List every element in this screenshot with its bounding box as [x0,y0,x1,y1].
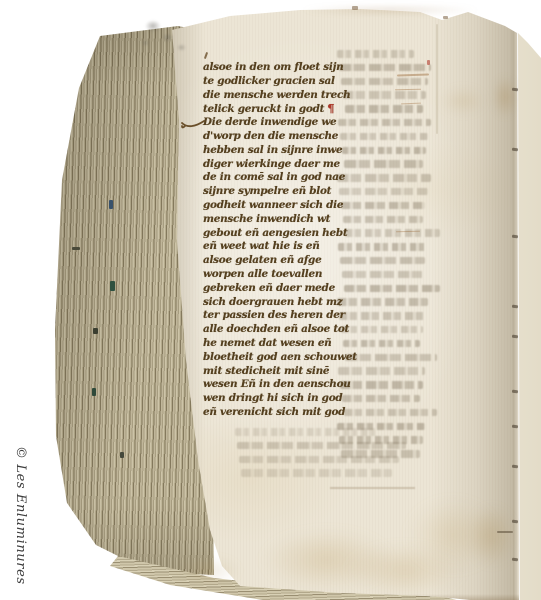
manuscript-line-text: he nemet dat wesen eñ [203,337,332,349]
manuscript-line-text: eñ weet wat hie is eñ [203,240,320,252]
manuscript-line-text: de in comē sal in god nae [203,171,345,183]
manuscript-line-text: gebreken eñ daer mede [203,282,335,294]
edge-mark [436,24,438,134]
ink-speck [93,328,98,334]
manuscript-line: gebreken eñ daer mede [203,282,345,296]
manuscript-line: de in comē sal in god nae [203,171,345,185]
manuscript-line: eñ verenicht sich mit god [203,406,345,420]
manuscript-line-text: te godlicker gracien sal [203,75,335,87]
manuscript-line-text: alsoe gelaten eñ afge [203,254,321,266]
manuscript-line-text: hebben sal in sijnre inwe [203,144,342,156]
manuscript-line: wen dringt hi sich in god [203,392,345,406]
manuscript-line: worpen alle toevallen [203,268,345,282]
stitch-mark [512,148,518,152]
manuscript-line-text: godheit wanneer sich die [203,199,343,211]
ghost-text-line [342,271,423,279]
manuscript-line: ter passien des heren der [203,309,345,323]
ghost-text-line [338,119,431,127]
ghost-text-line [344,409,437,417]
manuscript-line: alle doechden eñ alsoe tot [203,323,345,337]
stitch-mark [512,235,518,239]
ghost-text-line [345,354,437,362]
ghost-text-line [338,367,425,375]
edge-mark [427,60,430,65]
initial-flourish [181,119,205,129]
ghost-text-line [239,456,399,464]
manuscript-photo: alsoe in den om floet sijnte godlicker g… [0,0,541,600]
ghost-text-line [343,91,426,99]
stitch-mark [512,88,518,92]
manuscript-line-text: telick geruckt in godt [203,103,324,115]
manuscript-line: telick geruckt in godt¶ [203,102,345,116]
stain [142,40,149,46]
manuscript-line: he nemet dat wesen eñ [203,337,345,351]
ghost-text-line [345,105,423,113]
stitch-mark [512,425,518,429]
manuscript-line: te godlicker gracien sal [203,75,345,89]
edge-mark [92,388,96,396]
manuscript-line-text: wen dringt hi sich in god [203,392,342,404]
manuscript-line-text: die mensche werden trech [203,89,350,101]
ink-speck [110,281,115,291]
manuscript-line: die mensche werden trech [203,89,345,103]
ghost-text-line [343,340,420,348]
ghost-text-line [337,174,431,182]
manuscript-line: Die derde inwendige we [203,116,345,130]
edge-mark [109,200,113,209]
ghost-text-bottom [235,428,411,483]
manuscript-line-text: d'worp den die mensche [203,130,338,142]
stain [145,20,161,32]
ghost-text-line [337,298,428,306]
ink-speck [352,6,358,10]
ghost-text-line [345,229,440,237]
manuscript-line: mensche inwendich wt [203,213,345,227]
ghost-text-line [338,243,428,251]
manuscript-line-text: wesen Eñ in den aenschou [203,378,351,390]
stain [177,44,186,51]
stitch-mark [512,305,518,309]
manuscript-line-text: ter passien des heren der [203,309,345,321]
text-column: alsoe in den om floet sijnte godlicker g… [203,61,345,420]
stitch-mark [512,335,518,339]
ghost-text-line [237,442,406,450]
stitch-mark [512,558,518,562]
edge-mark [120,452,124,458]
manuscript-line: alsoe gelaten eñ afge [203,254,345,268]
ghost-text-line [337,50,414,58]
ghost-ruling-line [330,487,415,489]
manuscript-line-text: sijnre sympelre eñ blot [203,185,331,197]
manuscript-line-text: mensche inwendich wt [203,213,330,225]
ghost-text-line [340,257,425,265]
manuscript-line-text: mit stedicheit mit sinē [203,365,329,377]
stain [440,88,486,114]
manuscript-line: hebben sal in sijnre inwe [203,144,345,158]
ink-speck [497,531,513,533]
manuscript-line: bloetheit god aen schouwet [203,351,345,365]
manuscript-line: gebout eñ aengesien hebt [203,227,345,241]
ink-speck [72,247,80,250]
manuscript-line-text: worpen alle toevallen [203,268,322,280]
ghost-text-line [340,381,423,389]
rubric-paragraph-mark: ¶ [327,101,334,115]
stain [300,5,480,15]
ghost-text-line [339,312,425,320]
manuscript-line: mit stedicheit mit sinē [203,365,345,379]
manuscript-line-text: sich doergrauen hebt mz [203,296,342,308]
manuscript-line-text: diger wierkinge daer me [203,158,340,170]
ghost-text-line [340,133,428,141]
ghost-text-column [337,50,433,464]
ghost-text-line [339,188,428,196]
stitch-mark [512,520,518,524]
manuscript-line-text: alle doechden eñ alsoe tot [203,323,349,335]
ghost-text-line [235,428,376,436]
manuscript-line: eñ weet wat hie is eñ [203,240,345,254]
stitch-mark [512,390,518,394]
ghost-text-line [342,147,426,155]
manuscript-line: alsoe in den om floet sijn [203,61,345,75]
stain [180,558,240,583]
stain [162,33,173,42]
copyright-watermark: © Les Enluminures [13,446,28,600]
manuscript-line-text: Die derde inwendige we [203,116,336,128]
manuscript-line-text: eñ verenicht sich mit god [203,406,345,418]
manuscript-line-text: gebout eñ aengesien hebt [203,227,347,239]
ghost-text-line [344,285,440,293]
ghost-text-line [241,469,392,477]
manuscript-line: diger wierkinge daer me [203,158,345,172]
ghost-text-line [343,216,423,224]
ghost-text-line [344,160,423,168]
manuscript-line: d'worp den die mensche [203,130,345,144]
ghost-text-line [341,326,423,334]
manuscript-line: sich doergrauen hebt mz [203,296,345,310]
stitch-mark [512,465,518,469]
manuscript-line-text: alsoe in den om floet sijn [203,61,343,73]
stain [468,505,516,567]
manuscript-line: sijnre sympelre eñ blot [203,185,345,199]
manuscript-line: wesen Eñ in den aenschou [203,378,345,392]
ghost-text-line [342,395,420,403]
ghost-text-line [341,78,428,86]
manuscript-line: godheit wanneer sich die [203,199,345,213]
manuscript-line-text: bloetheit god aen schouwet [203,351,357,363]
ink-speck [443,16,448,19]
ghost-text-line [339,64,431,72]
ghost-text-line [341,202,425,210]
